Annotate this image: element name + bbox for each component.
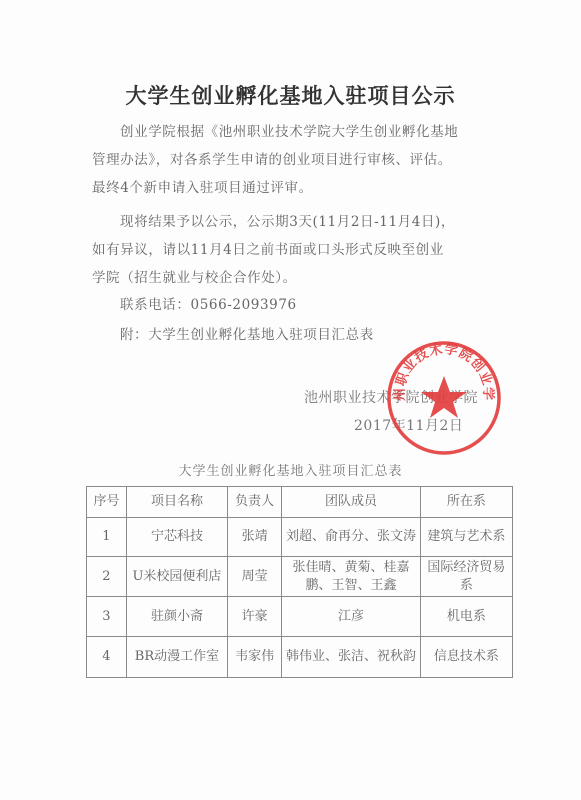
table-header-row: 序号 项目名称 负责人 团队成员 所在系 — [87, 487, 513, 518]
cell-project: 驻颜小斋 — [126, 597, 227, 637]
attachment-note: 附：大学生创业孵化基地入驻项目汇总表 — [120, 323, 374, 343]
cell-project: BR动漫工作室 — [126, 637, 227, 678]
cell-leader: 韦家伟 — [228, 637, 282, 678]
cell-department: 信息技术系 — [420, 637, 512, 678]
paragraph-review: 创业学院根据《池州职业技术学院大学生创业孵化基地 管理办法》，对各系学生申请的创… — [92, 118, 512, 202]
cell-members: 韩伟业、张洁、祝秋韵 — [282, 637, 421, 678]
paragraph-line: 创业学院根据《池州职业技术学院大学生创业孵化基地 — [92, 118, 512, 146]
paragraph-line: 最终4个新申请入驻项目通过评审。 — [92, 174, 512, 202]
paragraph-announcement: 现将结果予以公示，公示期3天(11月2日-11月4日)， 如有异议，请以11月4… — [92, 208, 512, 292]
table-title: 大学生创业孵化基地入驻项目汇总表 — [0, 460, 581, 479]
table-row: 3 驻颜小斋 许豪 江彦 机电系 — [87, 597, 513, 637]
page-title: 大学生创业孵化基地入驻项目公示 — [0, 80, 581, 110]
table-row: 4 BR动漫工作室 韦家伟 韩伟业、张洁、祝秋韵 信息技术系 — [87, 637, 513, 678]
cell-members: 张佳晴、黄菊、桂嘉鹏、王智、王鑫 — [282, 557, 421, 597]
cell-index: 4 — [87, 637, 127, 678]
cell-leader: 张靖 — [228, 518, 282, 557]
cell-leader: 周莹 — [228, 557, 282, 597]
cell-department: 机电系 — [420, 597, 512, 637]
cell-department: 建筑与艺术系 — [420, 518, 512, 557]
paragraph-line: 学院（招生就业与校企合作处）。 — [92, 264, 512, 292]
contact-phone: 联系电话：0566-2093976 — [120, 293, 297, 313]
paragraph-line: 管理办法》，对各系学生申请的创业项目进行审核、评估。 — [92, 146, 512, 174]
document-page: 大学生创业孵化基地入驻项目公示 创业学院根据《池州职业技术学院大学生创业孵化基地… — [0, 0, 581, 800]
cell-index: 1 — [87, 518, 127, 557]
column-header: 负责人 — [228, 487, 282, 518]
paragraph-line: 现将结果予以公示，公示期3天(11月2日-11月4日)， — [92, 208, 512, 236]
cell-project: U米校园便利店 — [126, 557, 227, 597]
table-row: 1 宁芯科技 张靖 刘超、俞再分、张文涛 建筑与艺术系 — [87, 518, 513, 557]
cell-department: 国际经济贸易系 — [420, 557, 512, 597]
cell-index: 2 — [87, 557, 127, 597]
paragraph-line: 如有异议，请以11月4日之前书面或口头形式反映至创业 — [92, 236, 512, 264]
summary-table: 序号 项目名称 负责人 团队成员 所在系 1 宁芯科技 张靖 刘超、俞再分、张文… — [86, 486, 513, 678]
cell-index: 3 — [87, 597, 127, 637]
cell-members: 江彦 — [282, 597, 421, 637]
column-header: 序号 — [87, 487, 127, 518]
column-header: 团队成员 — [282, 487, 421, 518]
official-seal-icon: 池州职业技术学院创业学院 — [384, 338, 504, 458]
cell-leader: 许豪 — [228, 597, 282, 637]
star-icon — [421, 376, 467, 418]
table-row: 2 U米校园便利店 周莹 张佳晴、黄菊、桂嘉鹏、王智、王鑫 国际经济贸易系 — [87, 557, 513, 597]
column-header: 项目名称 — [126, 487, 227, 518]
cell-project: 宁芯科技 — [126, 518, 227, 557]
column-header: 所在系 — [420, 487, 512, 518]
cell-members: 刘超、俞再分、张文涛 — [282, 518, 421, 557]
